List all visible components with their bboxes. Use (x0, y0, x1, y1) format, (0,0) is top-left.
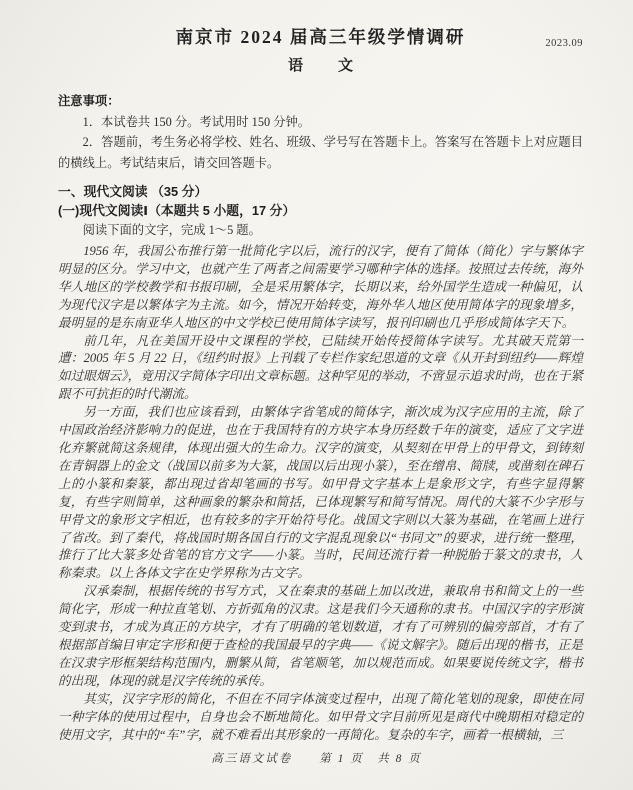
section-heading-modern-reading: 一、现代文阅读 （35 分） (58, 182, 583, 201)
doc-header: 南京市 2024 届高三年级学情调研 2023.09 (58, 24, 583, 49)
exam-paper-page: 南京市 2024 届高三年级学情调研 2023.09 语 文 注意事项： 1．本… (0, 0, 633, 790)
passage-paragraph-2: 前几年，凡在美国开设中文课程的学校，已陆续开始传授简体字读写。尤其破天荒第一遭：… (58, 333, 583, 405)
passage-paragraph-3: 另一方面，我们也应该看到，由繁体字省笔成的简体字，渐次成为汉字应用的主流，除了中… (58, 404, 583, 583)
passage-paragraph-5: 其实，汉字字形的简化，不但在不同字体演变过程中，出现了简化笔划的现象，即使在同一… (58, 691, 583, 745)
passage-paragraph-1: 1956 年，我国公布推行第一批简化字以后，流行的汉字，便有了简体（简化）字与繁… (58, 243, 583, 333)
subsection-heading-reading-1: (一)现代文阅读Ⅰ（本题共 5 小题，17 分） (58, 201, 583, 220)
reading-instruction: 阅读下面的文字，完成 1～5 题。 (58, 221, 583, 240)
section-headings: 一、现代文阅读 （35 分） (一)现代文阅读Ⅰ（本题共 5 小题，17 分） … (58, 182, 583, 240)
exam-notes: 注意事项： 1．本试卷共 150 分。考试用时 150 分钟。 2．答题前，考生… (58, 91, 583, 174)
page-title: 南京市 2024 届高三年级学情调研 (58, 24, 583, 49)
page-footer: 高三语文试卷 第 1 页 共 8 页 (0, 750, 633, 766)
subject-title: 语 文 (58, 54, 583, 75)
passage-paragraph-4: 汉承秦制，根据传统的书写方式，又在秦隶的基础上加以改进，兼取帛书和简文上的一些简… (58, 583, 583, 690)
note-item-1: 1．本试卷共 150 分。考试用时 150 分钟。 (58, 112, 583, 133)
note-item-2: 2．答题前，考生务必将学校、姓名、班级、学号写在答题卡上。答案写在答题卡上对应题… (58, 132, 583, 173)
exam-date: 2023.09 (545, 38, 583, 49)
reading-passage: 1956 年，我国公布推行第一批简化字以后，流行的汉字，便有了简体（简化）字与繁… (58, 243, 583, 744)
notes-label: 注意事项： (58, 91, 583, 112)
